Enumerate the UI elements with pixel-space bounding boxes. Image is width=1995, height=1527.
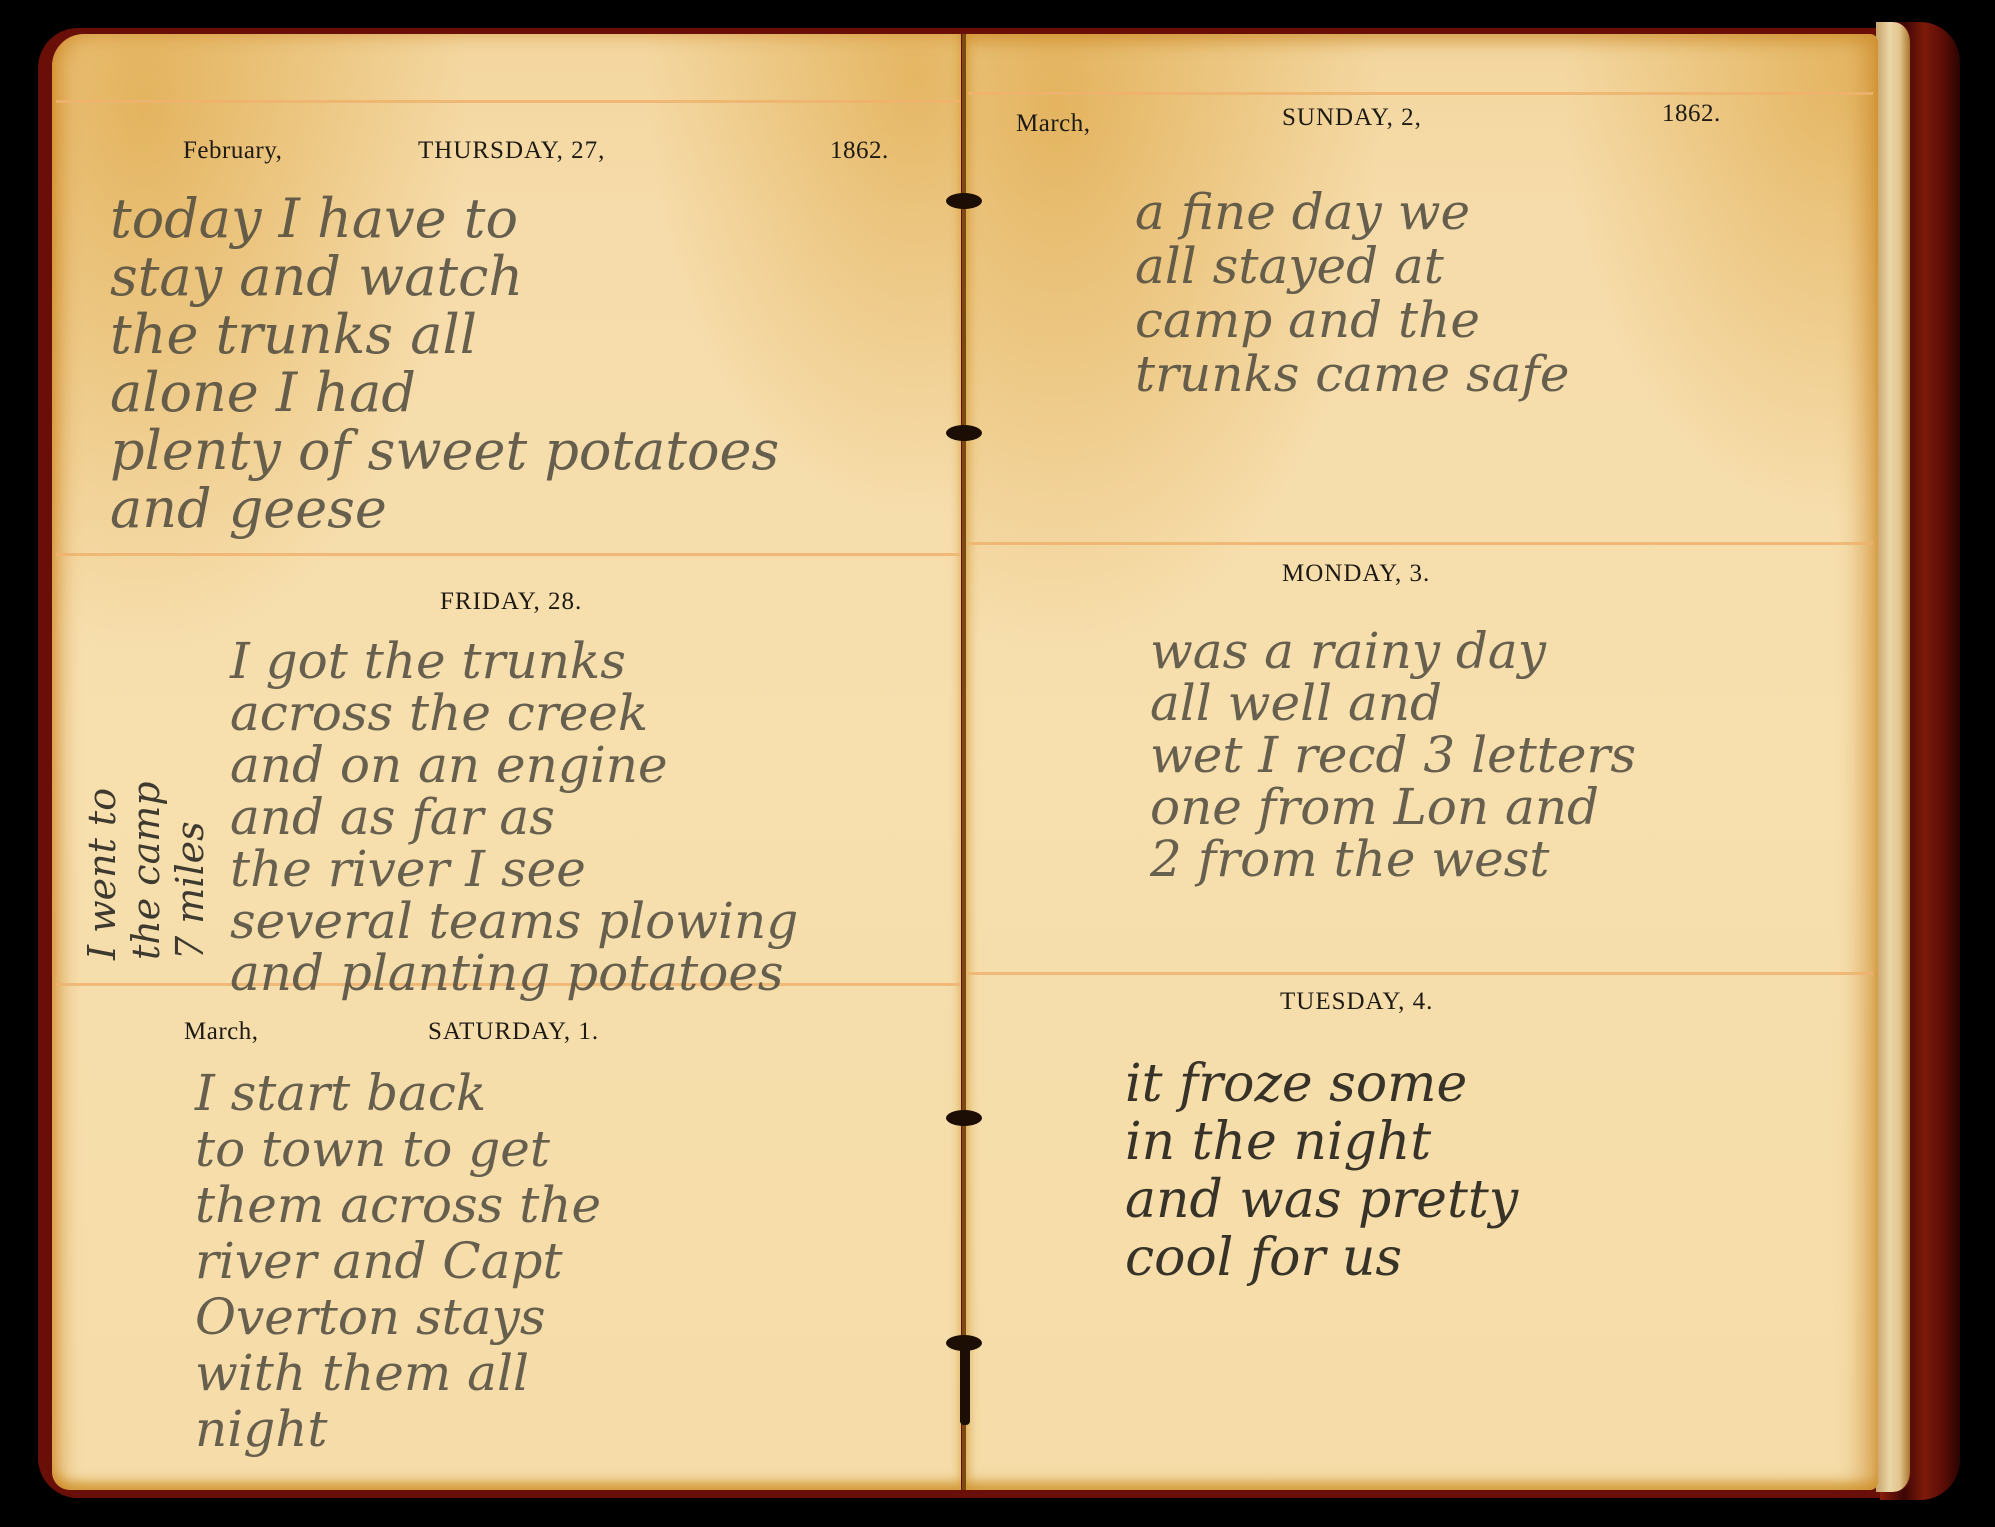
entry-handwriting: today I have to stay and watch the trunk… bbox=[110, 190, 779, 538]
entry-year: 1862. bbox=[1662, 100, 1721, 128]
section-divider bbox=[968, 542, 1873, 545]
section-divider bbox=[968, 972, 1873, 975]
gutter-fold bbox=[962, 34, 966, 1490]
binding-thread bbox=[960, 1345, 970, 1425]
binding-stitch bbox=[946, 193, 982, 209]
margin-annotation: I went to the camp 7 miles bbox=[80, 781, 212, 960]
header-rule-left bbox=[56, 100, 960, 103]
entry-year: 1862. bbox=[830, 137, 889, 165]
entry-day-label: SUNDAY, 2, bbox=[1282, 104, 1422, 132]
entry-handwriting: a fine day we all stayed at camp and the… bbox=[1135, 185, 1570, 401]
entry-month: March, bbox=[184, 1018, 259, 1046]
entry-month: March, bbox=[1016, 110, 1091, 138]
entry-handwriting: it froze some in the night and was prett… bbox=[1125, 1055, 1518, 1287]
entry-month: February, bbox=[183, 137, 282, 165]
entry-handwriting: was a rainy day all well and wet I recd … bbox=[1150, 625, 1636, 885]
entry-handwriting: I got the trunks across the creek and on… bbox=[230, 635, 798, 999]
header-rule-right bbox=[968, 92, 1873, 95]
entry-day-label: SATURDAY, 1. bbox=[428, 1018, 599, 1046]
binding-stitch bbox=[946, 425, 982, 441]
entry-handwriting: I start back to town to get them across … bbox=[195, 1065, 601, 1457]
section-divider bbox=[56, 553, 960, 556]
binding-stitch bbox=[946, 1110, 982, 1126]
entry-day-label: MONDAY, 3. bbox=[1282, 560, 1430, 588]
entry-day-label: THURSDAY, 27, bbox=[418, 137, 605, 165]
entry-day-label: FRIDAY, 28. bbox=[440, 588, 582, 616]
page-edges bbox=[1876, 22, 1913, 1492]
entry-day-label: TUESDAY, 4. bbox=[1280, 988, 1433, 1016]
